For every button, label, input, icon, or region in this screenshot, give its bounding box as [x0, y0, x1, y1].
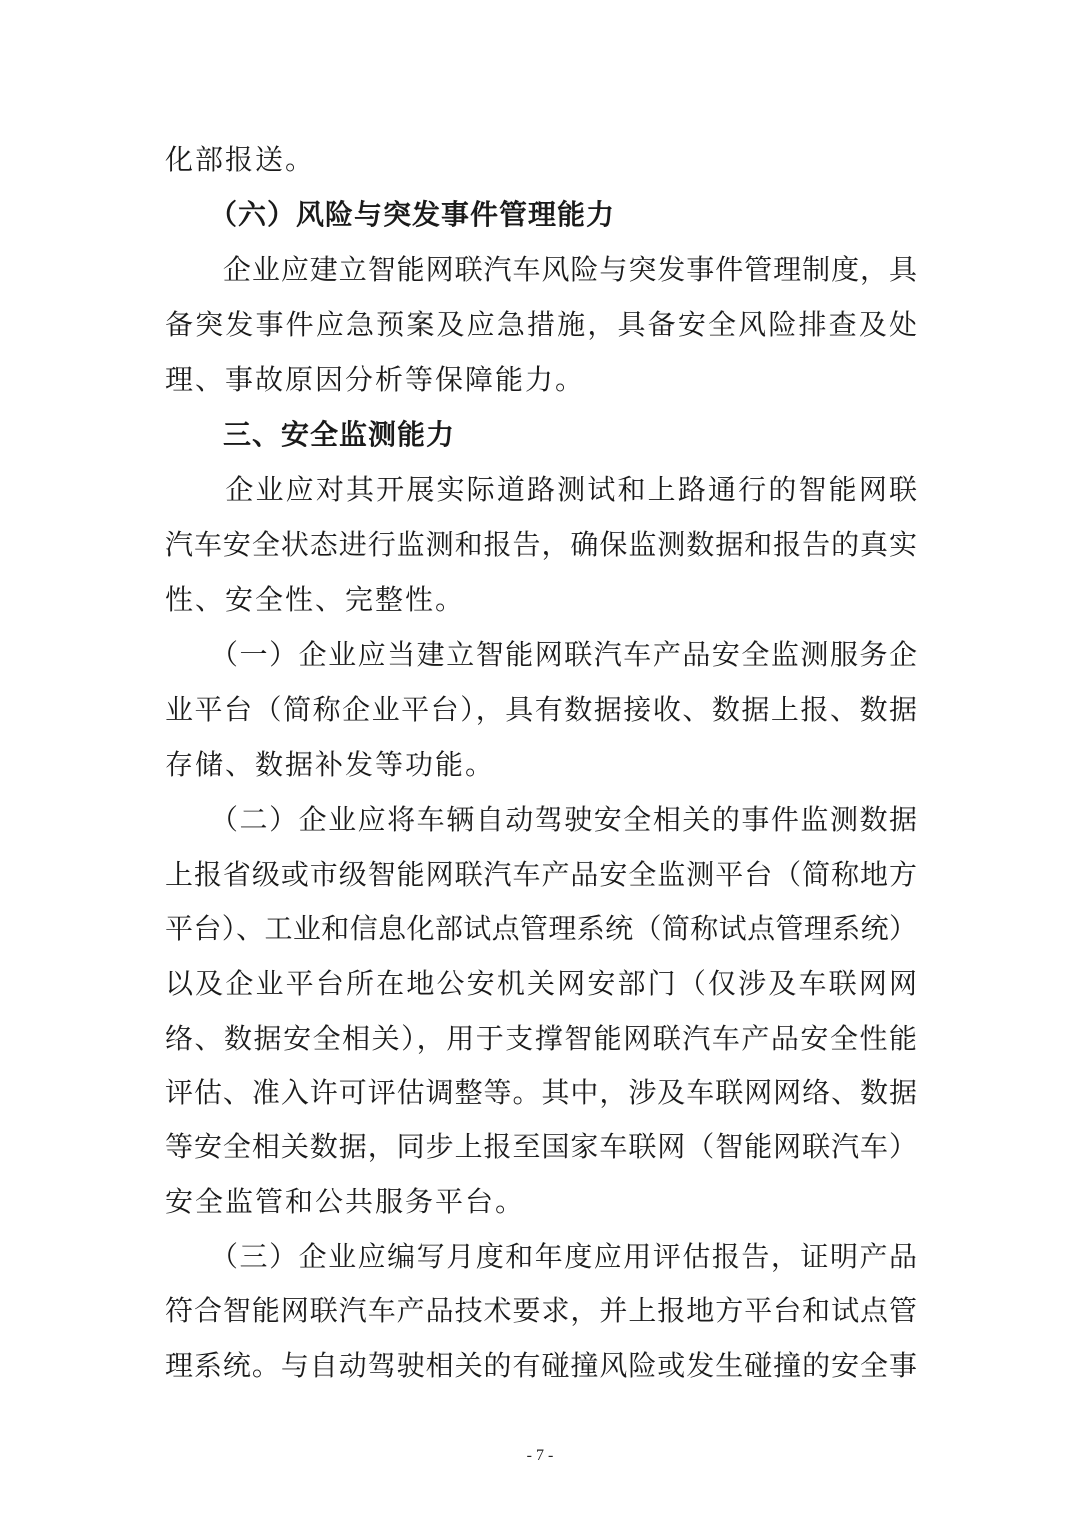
text-line: 企业应建立智能网联汽车风险与突发事件管理制度，具 [165, 250, 917, 290]
page-number: - 7 - [0, 1446, 1080, 1466]
text-line: 评估、准入许可评估调整等。其中，涉及车联网网络、数据 [165, 1073, 917, 1113]
text-line: 平台）、工业和信息化部试点管理系统（简称试点管理系统） [165, 909, 917, 949]
text-line: 上报省级或市级智能网联汽车产品安全监测平台（简称地方 [165, 855, 917, 895]
text-line: 符合智能网联汽车产品技术要求，并上报地方平台和试点管 [165, 1291, 917, 1331]
text-line: 备突发事件应急预案及应急措施，具备安全风险排查及处 [165, 305, 917, 345]
text-line: 企业应对其开展实际道路测试和上路通行的智能网联 [165, 470, 917, 510]
section-heading-3: 三、安全监测能力 [165, 415, 917, 455]
text-line: 汽车安全状态进行监测和报告，确保监测数据和报告的真实 [165, 525, 917, 565]
text-line: 络、数据安全相关），用于支撑智能网联汽车产品安全性能 [165, 1019, 917, 1059]
text-line: 以及企业平台所在地公安机关网安部门（仅涉及车联网网 [165, 964, 917, 1004]
text-line: 性、安全性、完整性。 [165, 580, 917, 620]
text-line: 业平台（简称企业平台），具有数据接收、数据上报、数据 [165, 690, 917, 730]
section-heading-6: （六）风险与突发事件管理能力 [165, 195, 917, 235]
text-line: 化部报送。 [165, 140, 917, 180]
text-line: 理系统。与自动驾驶相关的有碰撞风险或发生碰撞的安全事 [165, 1346, 917, 1386]
text-line: 理、事故原因分析等保障能力。 [165, 360, 917, 400]
text-line: （一）企业应当建立智能网联汽车产品安全监测服务企 [165, 635, 917, 675]
text-line: 等安全相关数据，同步上报至国家车联网（智能网联汽车） [165, 1127, 917, 1167]
text-line: 安全监管和公共服务平台。 [165, 1182, 917, 1222]
text-line: （三）企业应编写月度和年度应用评估报告，证明产品 [165, 1237, 917, 1277]
document-page: 化部报送。 （六）风险与突发事件管理能力 企业应建立智能网联汽车风险与突发事件管… [0, 0, 1080, 1526]
text-line: （二）企业应将车辆自动驾驶安全相关的事件监测数据 [165, 800, 917, 840]
text-line: 存储、数据补发等功能。 [165, 745, 917, 785]
